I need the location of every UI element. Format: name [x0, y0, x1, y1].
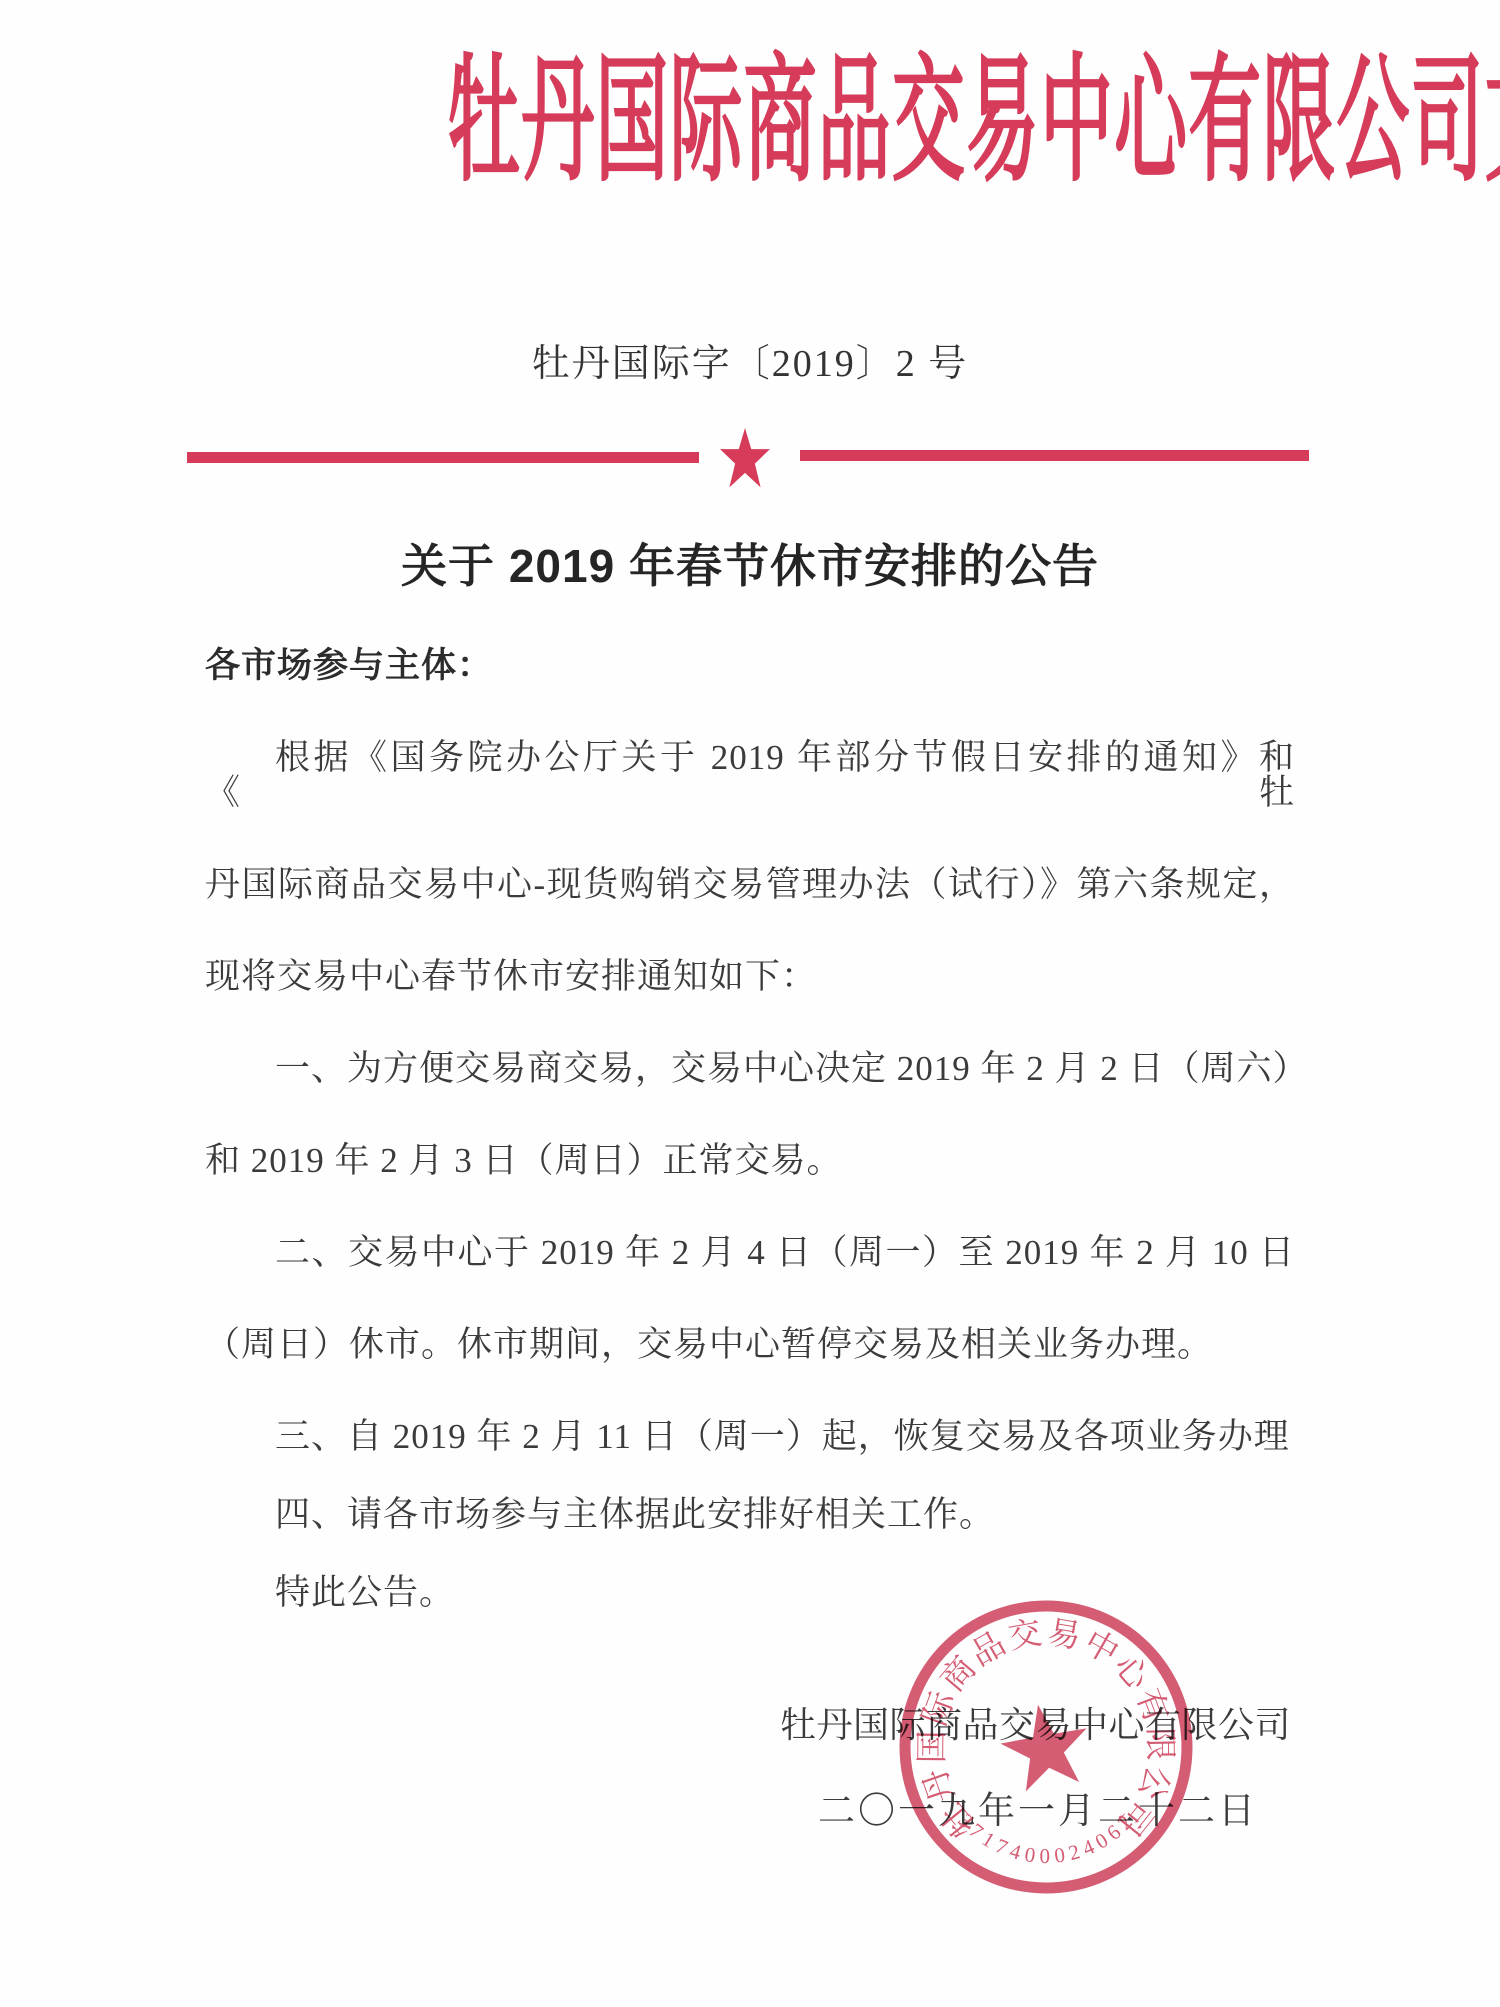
body-line: 现将交易中心春节休市安排通知如下： [205, 959, 1295, 994]
svg-text:3717400024062: 3717400024062 [953, 1809, 1138, 1868]
document-title: 关于 2019 年春节休市安排的公告 [0, 530, 1500, 596]
letterhead-title: 牡丹国际商品交易中心有限公司文件 [447, 46, 1500, 198]
body-line: （周日）休市。休市期间，交易中心暂停交易及相关业务办理。 [205, 1327, 1295, 1362]
doc-number: 牡丹国际字〔2019〕2 号 [0, 332, 1500, 387]
document-body: 各市场参与主体： 根据《国务院办公厅关于 2019 年部分节假日安排的通知》和《… [205, 648, 1295, 1653]
body-line: 四、请各市场参与主体据此安排好相关工作。 [205, 1497, 1295, 1532]
letterhead: 牡丹国际商品交易中心有限公司文件 [0, 46, 1500, 187]
star-icon [719, 428, 771, 494]
document-page: 牡丹国际商品交易中心有限公司文件 牡丹国际字〔2019〕2 号 关于 2019 … [0, 0, 1500, 2007]
body-line: 和 2019 年 2 月 3 日（周日）正常交易。 [205, 1143, 1295, 1178]
seal-serial-number: 3717400024062 [953, 1809, 1138, 1868]
body-line: 一、为方便交易商交易，交易中心决定 2019 年 2 月 2 日（周六） [205, 1051, 1295, 1086]
divider-line-right [800, 450, 1309, 461]
body-line: 根据《国务院办公厅关于 2019 年部分节假日安排的通知》和《牡 [205, 740, 1295, 810]
body-line: 二、交易中心于 2019 年 2 月 4 日（周一）至 2019 年 2 月 1… [205, 1235, 1295, 1270]
body-line: 丹国际商品交易中心-现货购销交易管理办法（试行）》第六条规定， [205, 867, 1295, 902]
divider-line-left [187, 452, 699, 463]
body-line: 三、自 2019 年 2 月 11 日（周一）起，恢复交易及各项业务办理 [205, 1419, 1295, 1454]
company-seal-stamp: 牡丹国际商品交易中心有限公司 3717400024062 [886, 1587, 1206, 1907]
salutation: 各市场参与主体： [205, 648, 1295, 683]
seal-star-icon [995, 1697, 1096, 1794]
